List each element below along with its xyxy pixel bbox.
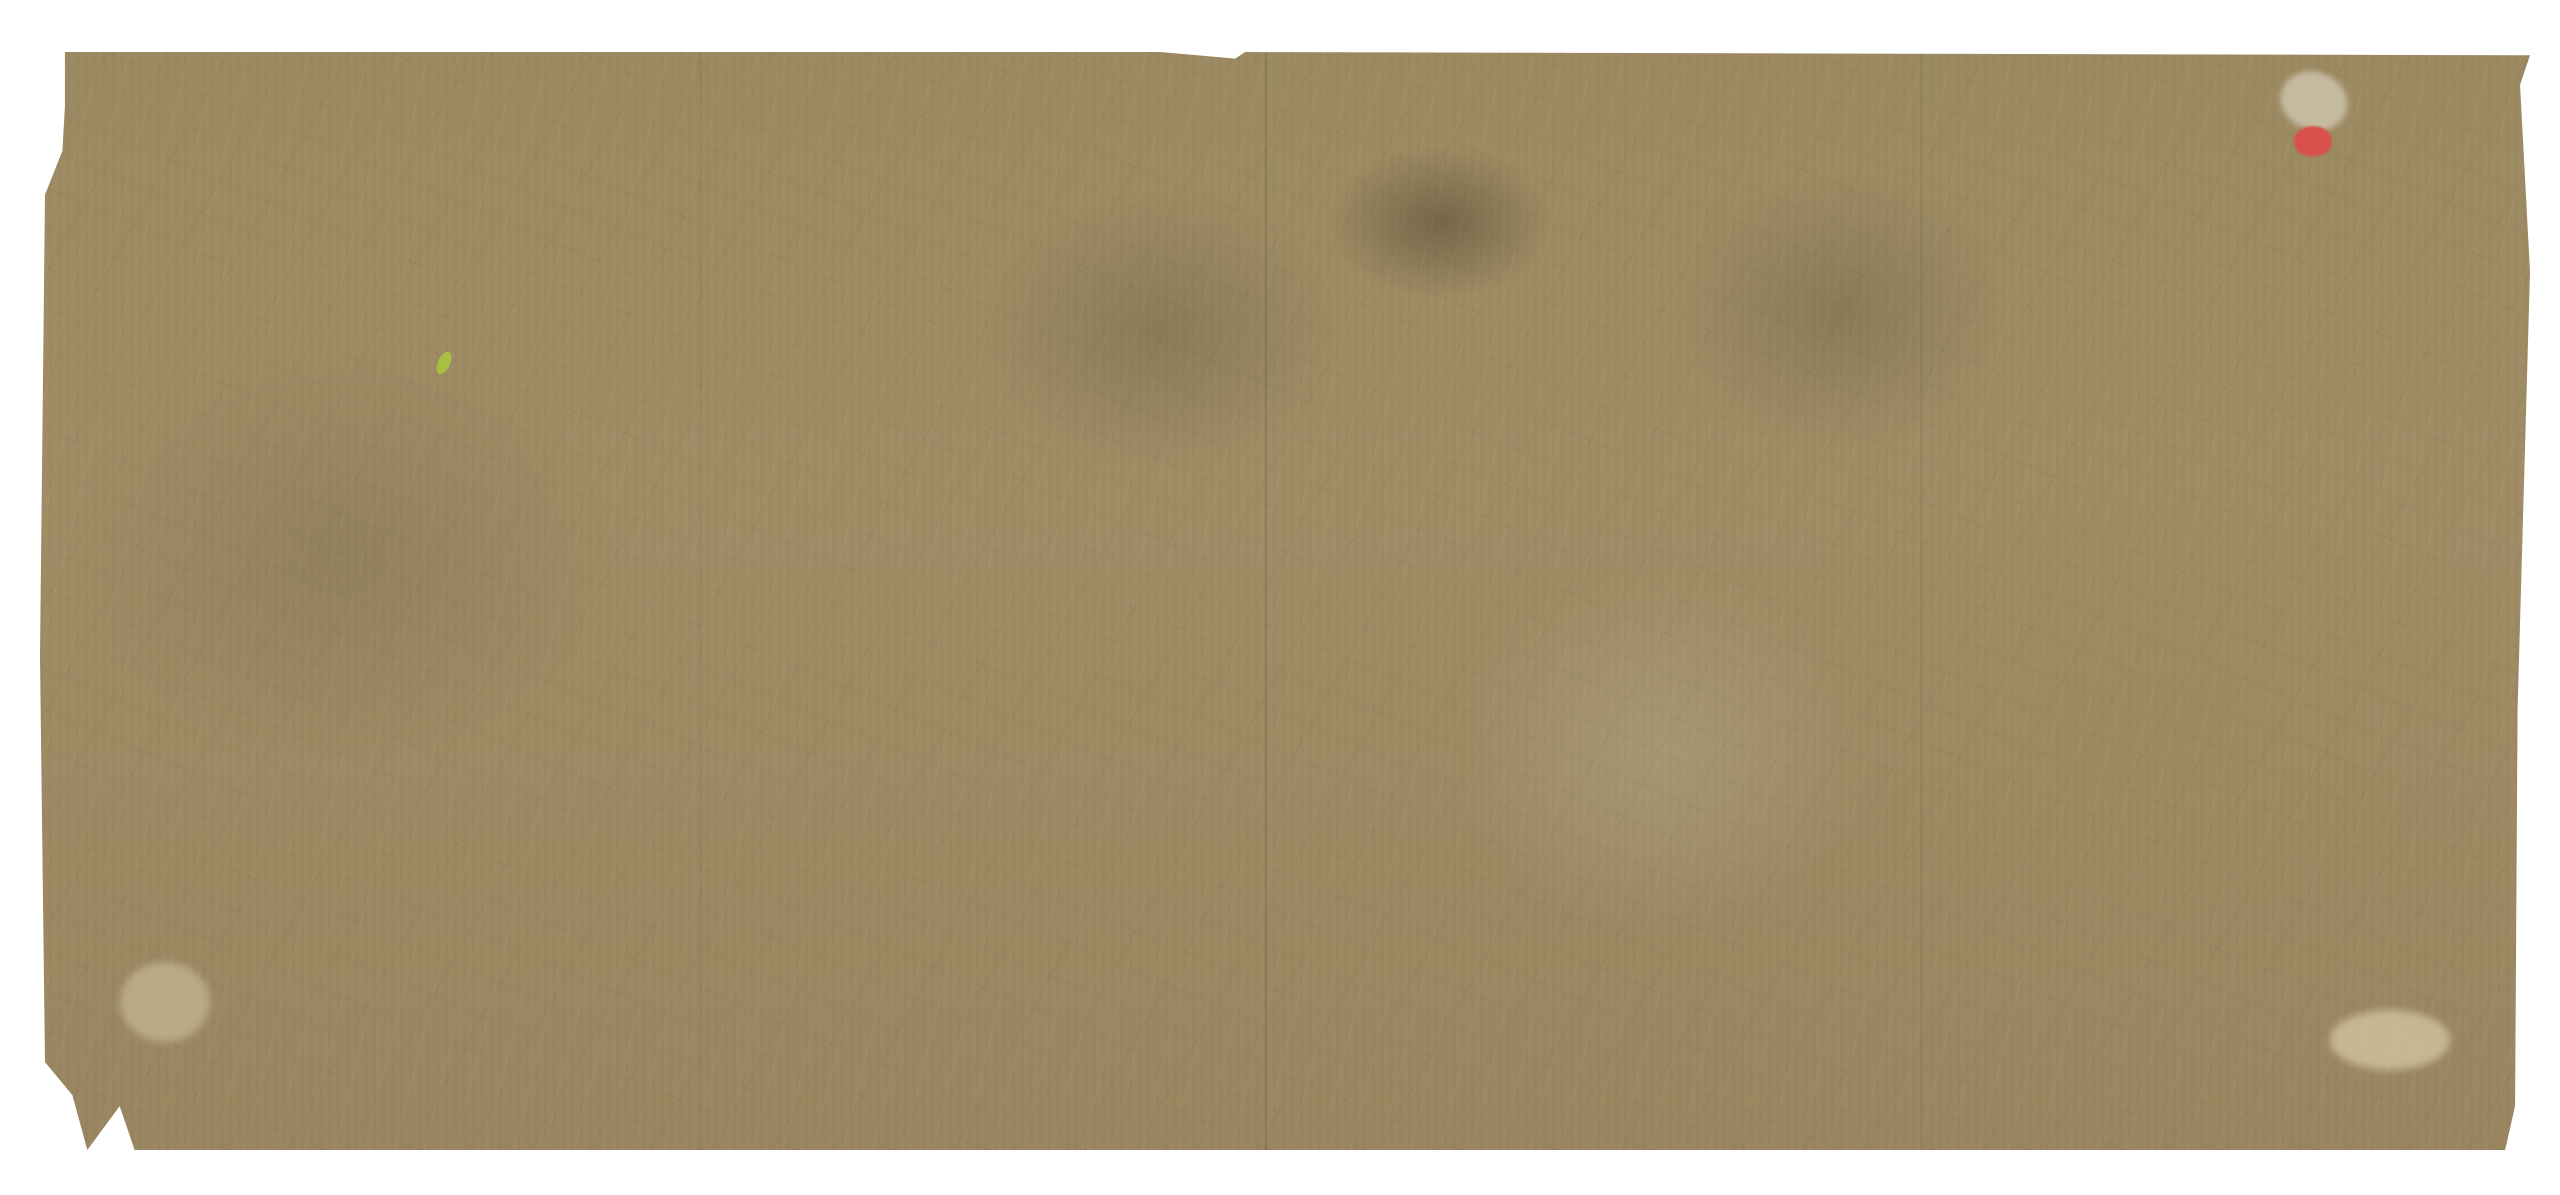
crackle-texture (40, 52, 2530, 1150)
worn-patch-bottom-left (120, 962, 210, 1042)
worn-patch-bottom-right (2330, 1010, 2450, 1070)
red-stain (2294, 126, 2332, 156)
vertical-fold-line (1265, 52, 1267, 1150)
aged-paper-note (40, 52, 2530, 1150)
fold-line-left (700, 52, 702, 1150)
fold-line-right (1920, 52, 1922, 1150)
